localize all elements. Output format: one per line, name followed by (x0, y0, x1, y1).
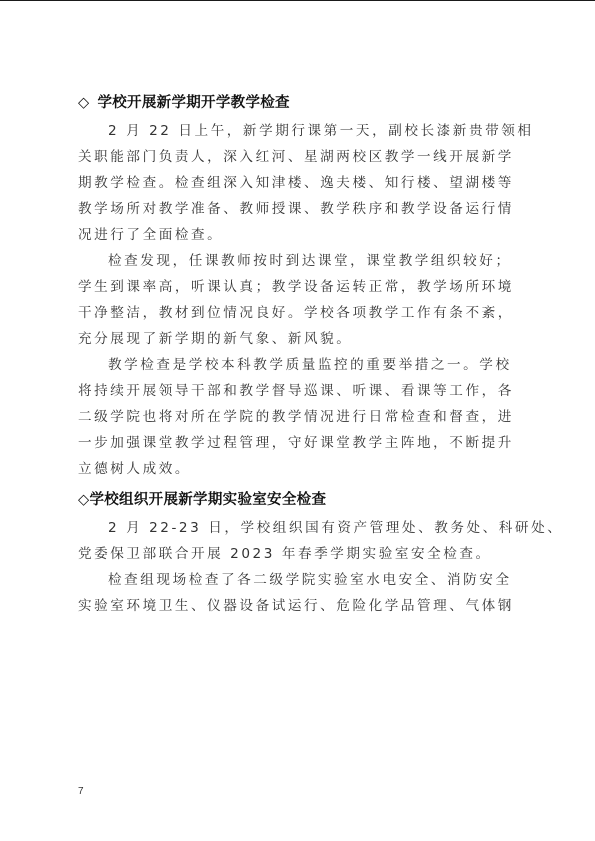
text-line: 2 月 22 日上午，新学期行课第一天，副校长漆新贵带领相 (78, 118, 519, 144)
text-line: 干净整洁，教材到位情况良好。学校各项教学工作有条不紊， (78, 300, 519, 326)
text-line: 将持续开展领导干部和教学督导巡课、听课、看课等工作，各 (78, 378, 519, 404)
text-line: 况进行了全面检查。 (78, 222, 519, 248)
text-line: 学生到课率高，听课认真；教学设备运转正常，教学场所环境 (78, 274, 519, 300)
text-line: 教学场所对教学准备、教师授课、教学秩序和教学设备运行情 (78, 196, 519, 222)
text-line: 二级学院也将对所在学院的教学情况进行日常检查和督查，进 (78, 404, 519, 430)
document-page: ◇学校开展新学期开学教学检查 2 月 22 日上午，新学期行课第一天，副校长漆新… (78, 92, 519, 619)
section-heading-lab-safety: ◇学校组织开展新学期实验室安全检查 (78, 489, 519, 511)
text-line: 检查组现场检查了各二级学院实验室水电安全、消防安全 (78, 567, 519, 593)
text-line: 检查发现，任课教师按时到达课堂，课堂教学组织较好； (78, 248, 519, 274)
paragraph: 检查发现，任课教师按时到达课堂，课堂教学组织较好； 学生到课率高，听课认真；教学… (78, 248, 519, 352)
text-line: 实验室环境卫生、仪器设备试运行、危险化学品管理、气体钢 (78, 593, 519, 619)
paragraph: 2 月 22 日上午，新学期行课第一天，副校长漆新贵带领相 关职能部门负责人，深… (78, 118, 519, 248)
paragraph: 检查组现场检查了各二级学院实验室水电安全、消防安全 实验室环境卫生、仪器设备试运… (78, 567, 519, 619)
paragraph: 2 月 22-23 日，学校组织国有资产管理处、教务处、科研处、 党委保卫部联合… (78, 515, 519, 567)
diamond-icon: ◇ (78, 489, 89, 511)
section-heading-teaching-inspection: ◇学校开展新学期开学教学检查 (78, 92, 519, 114)
text-line: 教学检查是学校本科教学质量监控的重要举措之一。学校 (78, 352, 519, 378)
page-number: 7 (78, 786, 84, 797)
text-line: 一步加强课堂教学过程管理，守好课堂教学主阵地，不断提升 (78, 430, 519, 456)
text-line: 党委保卫部联合开展 2023 年春季学期实验室安全检查。 (78, 541, 519, 567)
text-line: 立德树人成效。 (78, 456, 519, 482)
text-line: 关职能部门负责人，深入红河、星湖两校区教学一线开展新学 (78, 144, 519, 170)
top-rule (0, 0, 595, 1)
text-line: 期教学检查。检查组深入知津楼、逸夫楼、知行楼、望湖楼等 (78, 170, 519, 196)
text-line: 2 月 22-23 日，学校组织国有资产管理处、教务处、科研处、 (78, 515, 519, 541)
heading-text: 学校组织开展新学期实验室安全检查 (89, 492, 326, 508)
diamond-icon: ◇ (78, 92, 89, 114)
heading-text: 学校开展新学期开学教学检查 (97, 95, 289, 111)
paragraph: 教学检查是学校本科教学质量监控的重要举措之一。学校 将持续开展领导干部和教学督导… (78, 352, 519, 482)
text-line: 充分展现了新学期的新气象、新风貌。 (78, 326, 519, 352)
